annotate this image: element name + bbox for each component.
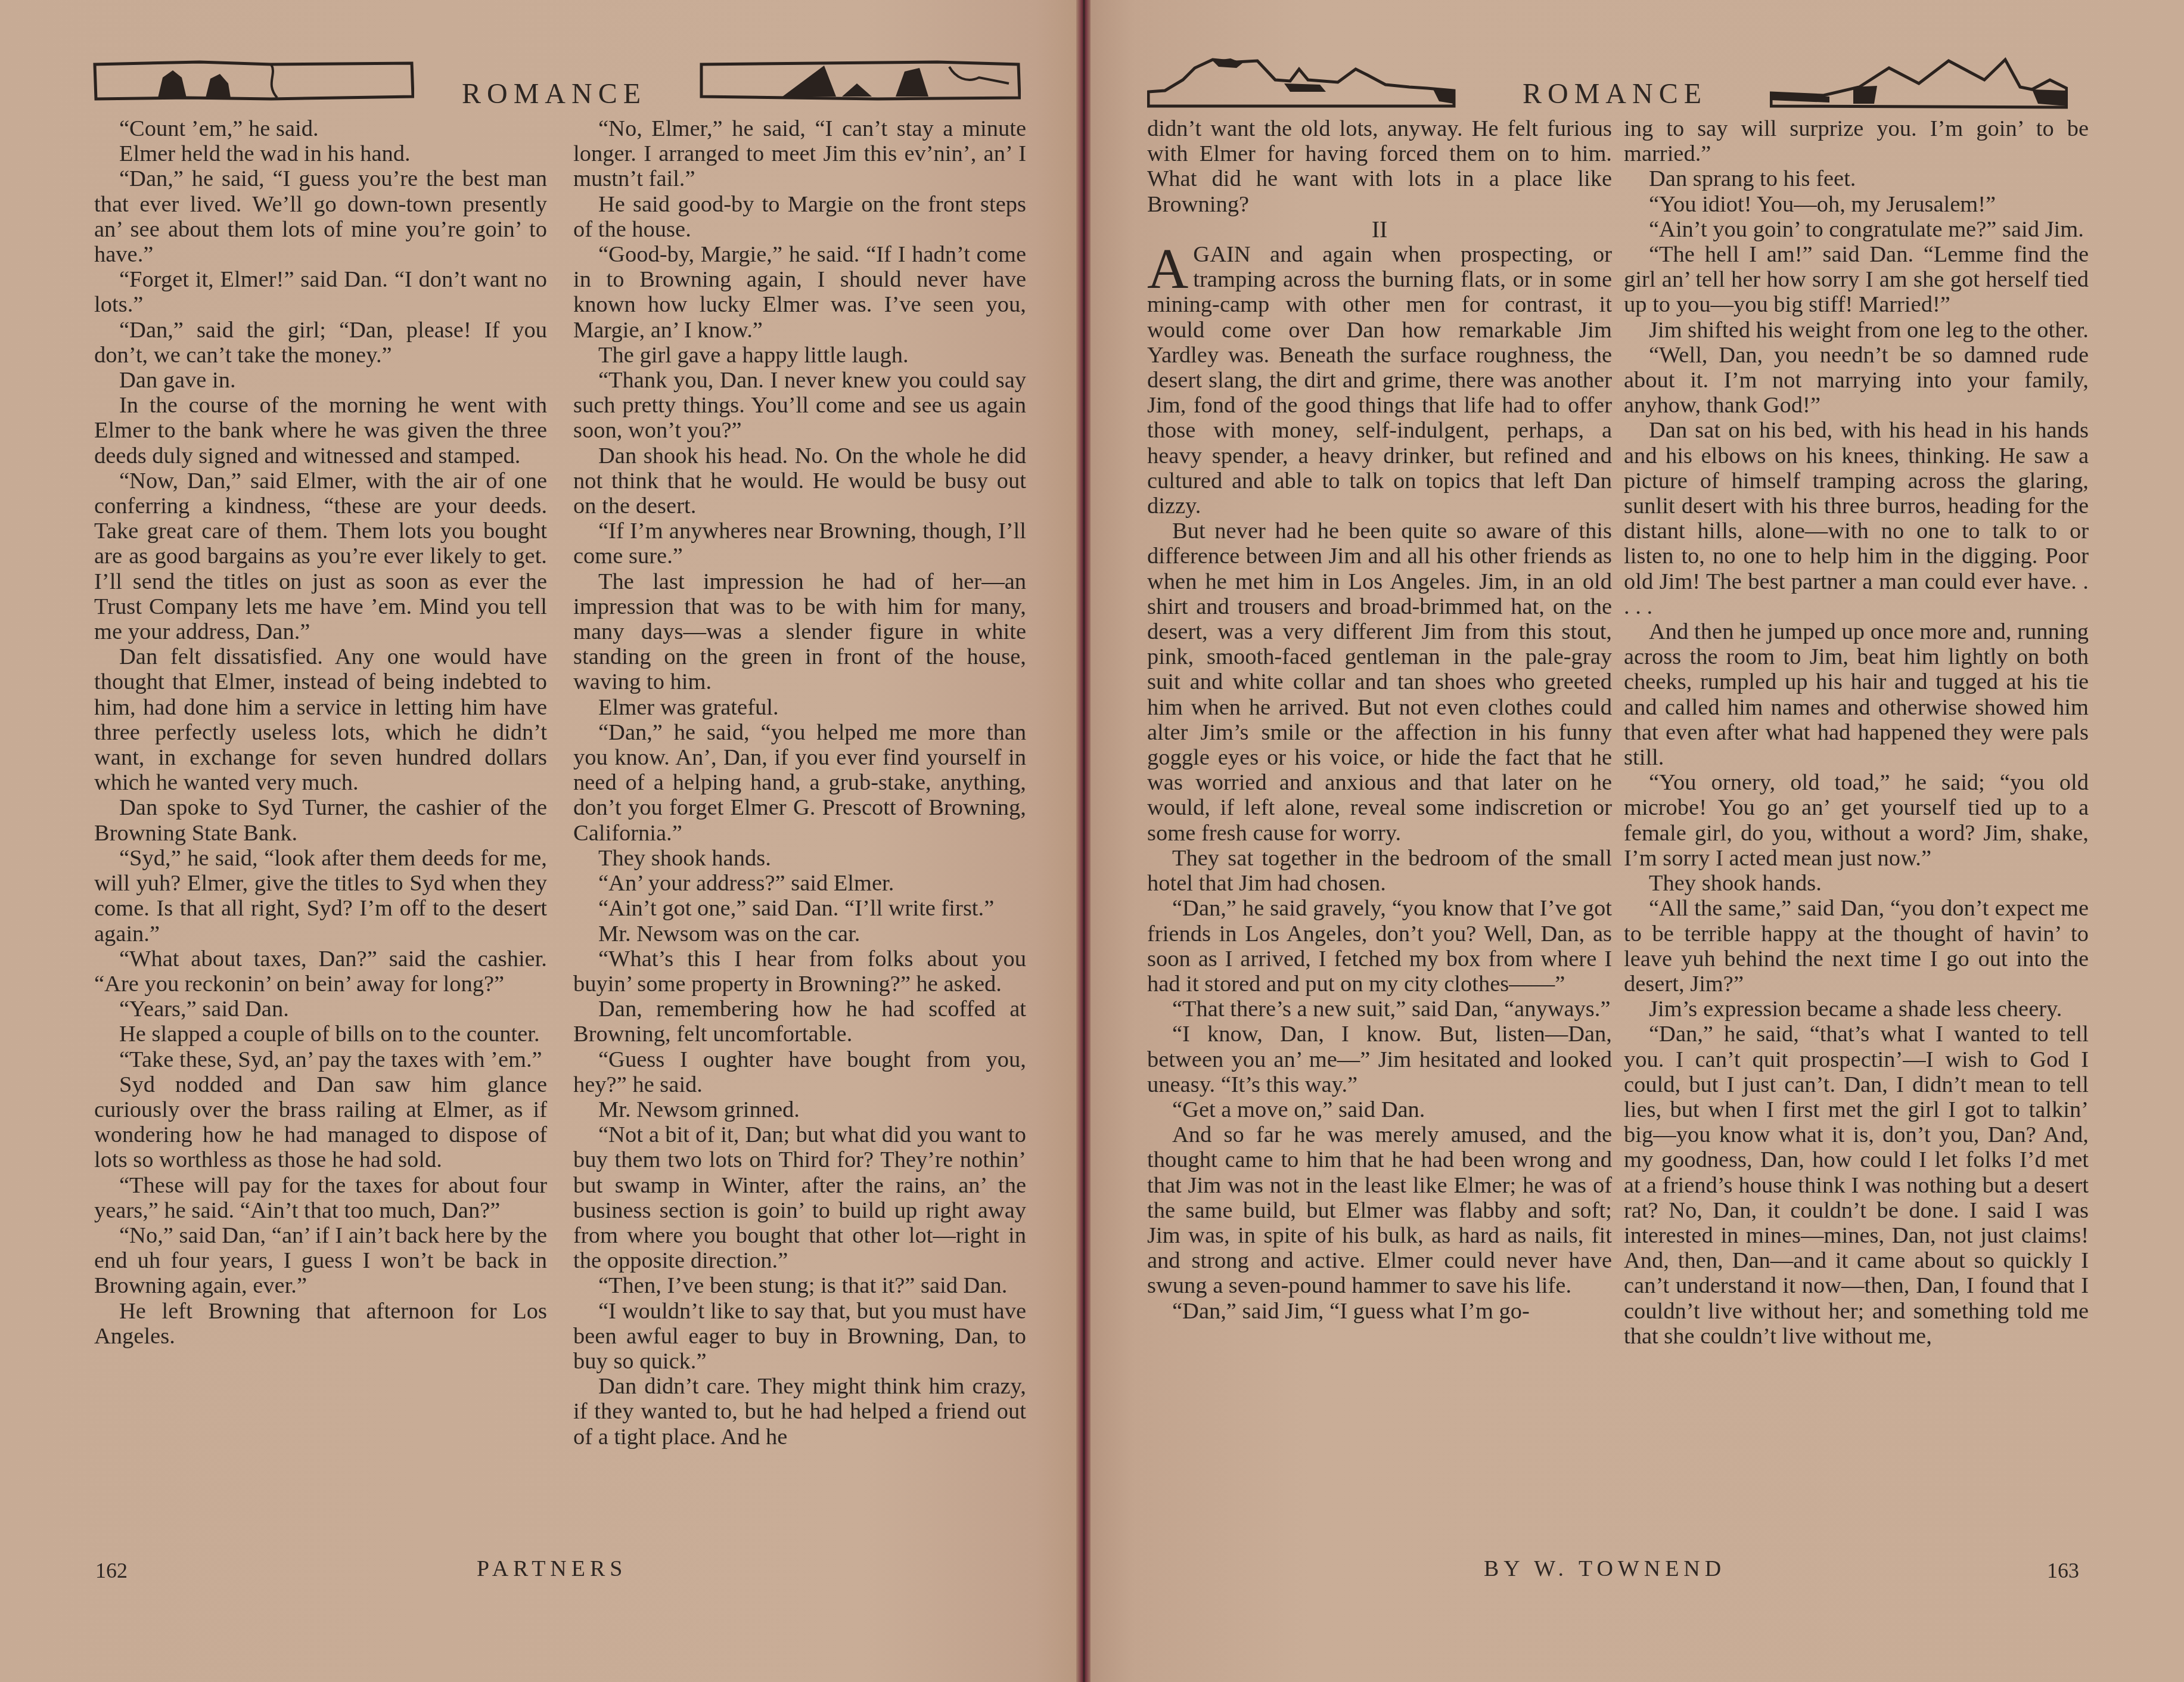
paragraph: “No,” said Dan, “an’ if I ain’t back her…	[94, 1223, 547, 1299]
paragraph: In the course of the morning he went wit…	[94, 393, 547, 468]
paragraph: Mr. Newsom grinned.	[573, 1097, 1026, 1122]
mountain-vignette-icon	[1147, 56, 1457, 111]
chapter-opening-paragraph: AGAIN and again when prospecting, or tra…	[1147, 242, 1612, 519]
paragraph: “Thank you, Dan. I never knew you could …	[573, 368, 1026, 443]
paragraph: “You ornery, old toad,” he said; “you ol…	[1624, 770, 2089, 871]
paragraph: “If I’m anywheres near Browning, though,…	[573, 519, 1026, 569]
illustration-vignette-icon	[92, 60, 414, 107]
paragraph: “That there’s a new suit,” said Dan, “an…	[1147, 997, 1612, 1022]
paragraph: Dan sat on his bed, with his head in his…	[1624, 418, 2089, 619]
paragraph: Elmer was grateful.	[573, 695, 1026, 720]
page-number: 162	[95, 1558, 128, 1583]
paragraph: Dan felt dissatisfied. Any one would hav…	[94, 644, 547, 795]
paragraph: Elmer held the wad in his hand.	[94, 141, 547, 166]
paragraph: “Good-by, Margie,” he said. “If I hadn’t…	[573, 242, 1026, 343]
paragraph: “Take these, Syd, an’ pay the taxes with…	[94, 1047, 547, 1072]
paragraph: Jim’s expression became a shade less che…	[1624, 997, 2089, 1022]
right-column-2: ing to say will surprize you. I’m goin’ …	[1624, 116, 2089, 1349]
paragraph: Jim shifted his weight from one leg to t…	[1624, 318, 2089, 343]
paragraph: “Dan,” said Jim, “I guess what I’m go-	[1147, 1299, 1612, 1324]
paragraph: He said good-by to Margie on the front s…	[573, 192, 1026, 242]
paragraph: “I wouldn’t like to say that, but you mu…	[573, 1299, 1026, 1374]
paragraph: They shook hands.	[573, 846, 1026, 871]
book-gutter	[1076, 0, 1092, 1682]
running-head: ROMANCE	[462, 77, 647, 110]
paragraph: But never had he been quite so aware of …	[1147, 519, 1612, 846]
paragraph: “Now, Dan,” said Elmer, with the air of …	[94, 468, 547, 644]
paragraph: “Forget it, Elmer!” said Dan. “I don’t w…	[94, 267, 547, 317]
paragraph: Dan shook his head. No. On the whole he …	[573, 443, 1026, 519]
left-column-1: “Count ’em,” he said. Elmer held the wad…	[94, 116, 547, 1349]
paragraph: The girl gave a happy little laugh.	[573, 343, 1026, 368]
paragraph: He slapped a couple of bills on to the c…	[94, 1022, 547, 1047]
paragraph: He left Browning that afternoon for Los …	[94, 1299, 547, 1349]
paragraph: They shook hands.	[1624, 871, 2089, 896]
paragraph: Dan sprang to his feet.	[1624, 166, 2089, 191]
paragraph: Dan spoke to Syd Turner, the cashier of …	[94, 795, 547, 845]
page-number: 163	[2047, 1558, 2079, 1583]
mountain-vignette-icon	[1770, 56, 2068, 111]
paragraph: “You idiot! You—oh, my Jerusalem!”	[1624, 192, 2089, 217]
paragraph: “Dan,” he said, “you helped me more than…	[573, 720, 1026, 846]
paragraph: Dan gave in.	[94, 368, 547, 393]
running-foot: BY W. TOWNEND	[1484, 1556, 1726, 1582]
paragraph: “These will pay for the taxes for about …	[94, 1173, 547, 1223]
paragraph: “Syd,” he said, “look after them deeds f…	[94, 846, 547, 946]
paragraph: ing to say will surprize you. I’m goin’ …	[1624, 116, 2089, 166]
paragraph: And so far he was merely amused, and the…	[1147, 1122, 1612, 1298]
book-spread: ROMANCE “Count ’em,” he said. Elmer held…	[0, 0, 2184, 1682]
paragraph: “I know, Dan, I know. But, listen—Dan, b…	[1147, 1022, 1612, 1097]
paragraph: “Not a bit of it, Dan; but what did you …	[573, 1122, 1026, 1273]
paragraph: “Dan,” he said gravely, “you know that I…	[1147, 896, 1612, 997]
paragraph: “Get a move on,” said Dan.	[1147, 1097, 1612, 1122]
paragraph: Dan didn’t care. They might think him cr…	[573, 1374, 1026, 1450]
drop-cap: A	[1147, 246, 1188, 292]
opening-text: GAIN and again when prospecting, or tram…	[1147, 242, 1612, 519]
paragraph: “Dan,” said the girl; “Dan, please! If y…	[94, 318, 547, 368]
paragraph: “Years,” said Dan.	[94, 997, 547, 1022]
right-page-header: ROMANCE	[1147, 60, 2101, 125]
left-page: ROMANCE “Count ’em,” he said. Elmer held…	[0, 0, 1079, 1682]
paragraph: didn’t want the old lots, anyway. He fel…	[1147, 116, 1612, 217]
paragraph: “Dan,” he said, “that’s what I wanted to…	[1624, 1022, 2089, 1349]
right-page: ROMANCE didn’t want the old lots, anyway…	[1091, 0, 2184, 1682]
paragraph: “What about taxes, Dan?” said the cashie…	[94, 946, 547, 997]
illustration-vignette-icon	[699, 60, 1021, 107]
paragraph: “Well, Dan, you needn’t be so damned rud…	[1624, 343, 2089, 418]
left-page-header: ROMANCE	[92, 60, 1028, 125]
paragraph: Mr. Newsom was on the car.	[573, 921, 1026, 946]
paragraph: “Ain’t got one,” said Dan. “I’ll write f…	[573, 896, 1026, 921]
paragraph: Dan, remembering how he had scoffed at B…	[573, 997, 1026, 1047]
paragraph: “The hell I am!” said Dan. “Lemme find t…	[1624, 242, 2089, 318]
paragraph: Syd nodded and Dan saw him glance curiou…	[94, 1072, 547, 1173]
paragraph: “What’s this I hear from folks about you…	[573, 946, 1026, 997]
paragraph: “Dan,” he said, “I guess you’re the best…	[94, 166, 547, 267]
running-head: ROMANCE	[1523, 77, 1707, 110]
paragraph: “No, Elmer,” he said, “I can’t stay a mi…	[573, 116, 1026, 192]
paragraph: “Then, I’ve been stung; is that it?” sai…	[573, 1273, 1026, 1298]
paragraph: “Ain’t you goin’ to congratulate me?” sa…	[1624, 217, 2089, 242]
paragraph: “All the same,” said Dan, “you don’t exp…	[1624, 896, 2089, 997]
running-foot: PARTNERS	[477, 1556, 627, 1582]
chapter-number: II	[1147, 217, 1612, 242]
paragraph: “Guess I oughter have bought from you, h…	[573, 1047, 1026, 1097]
paragraph: “Count ’em,” he said.	[94, 116, 547, 141]
paragraph: “An’ your address?” said Elmer.	[573, 871, 1026, 896]
paragraph: And then he jumped up once more and, run…	[1624, 619, 2089, 770]
paragraph: The last impression he had of her—an imp…	[573, 569, 1026, 695]
right-column-1: didn’t want the old lots, anyway. He fel…	[1147, 116, 1612, 1324]
left-column-2: “No, Elmer,” he said, “I can’t stay a mi…	[573, 116, 1026, 1450]
paragraph: They sat together in the bedroom of the …	[1147, 846, 1612, 896]
